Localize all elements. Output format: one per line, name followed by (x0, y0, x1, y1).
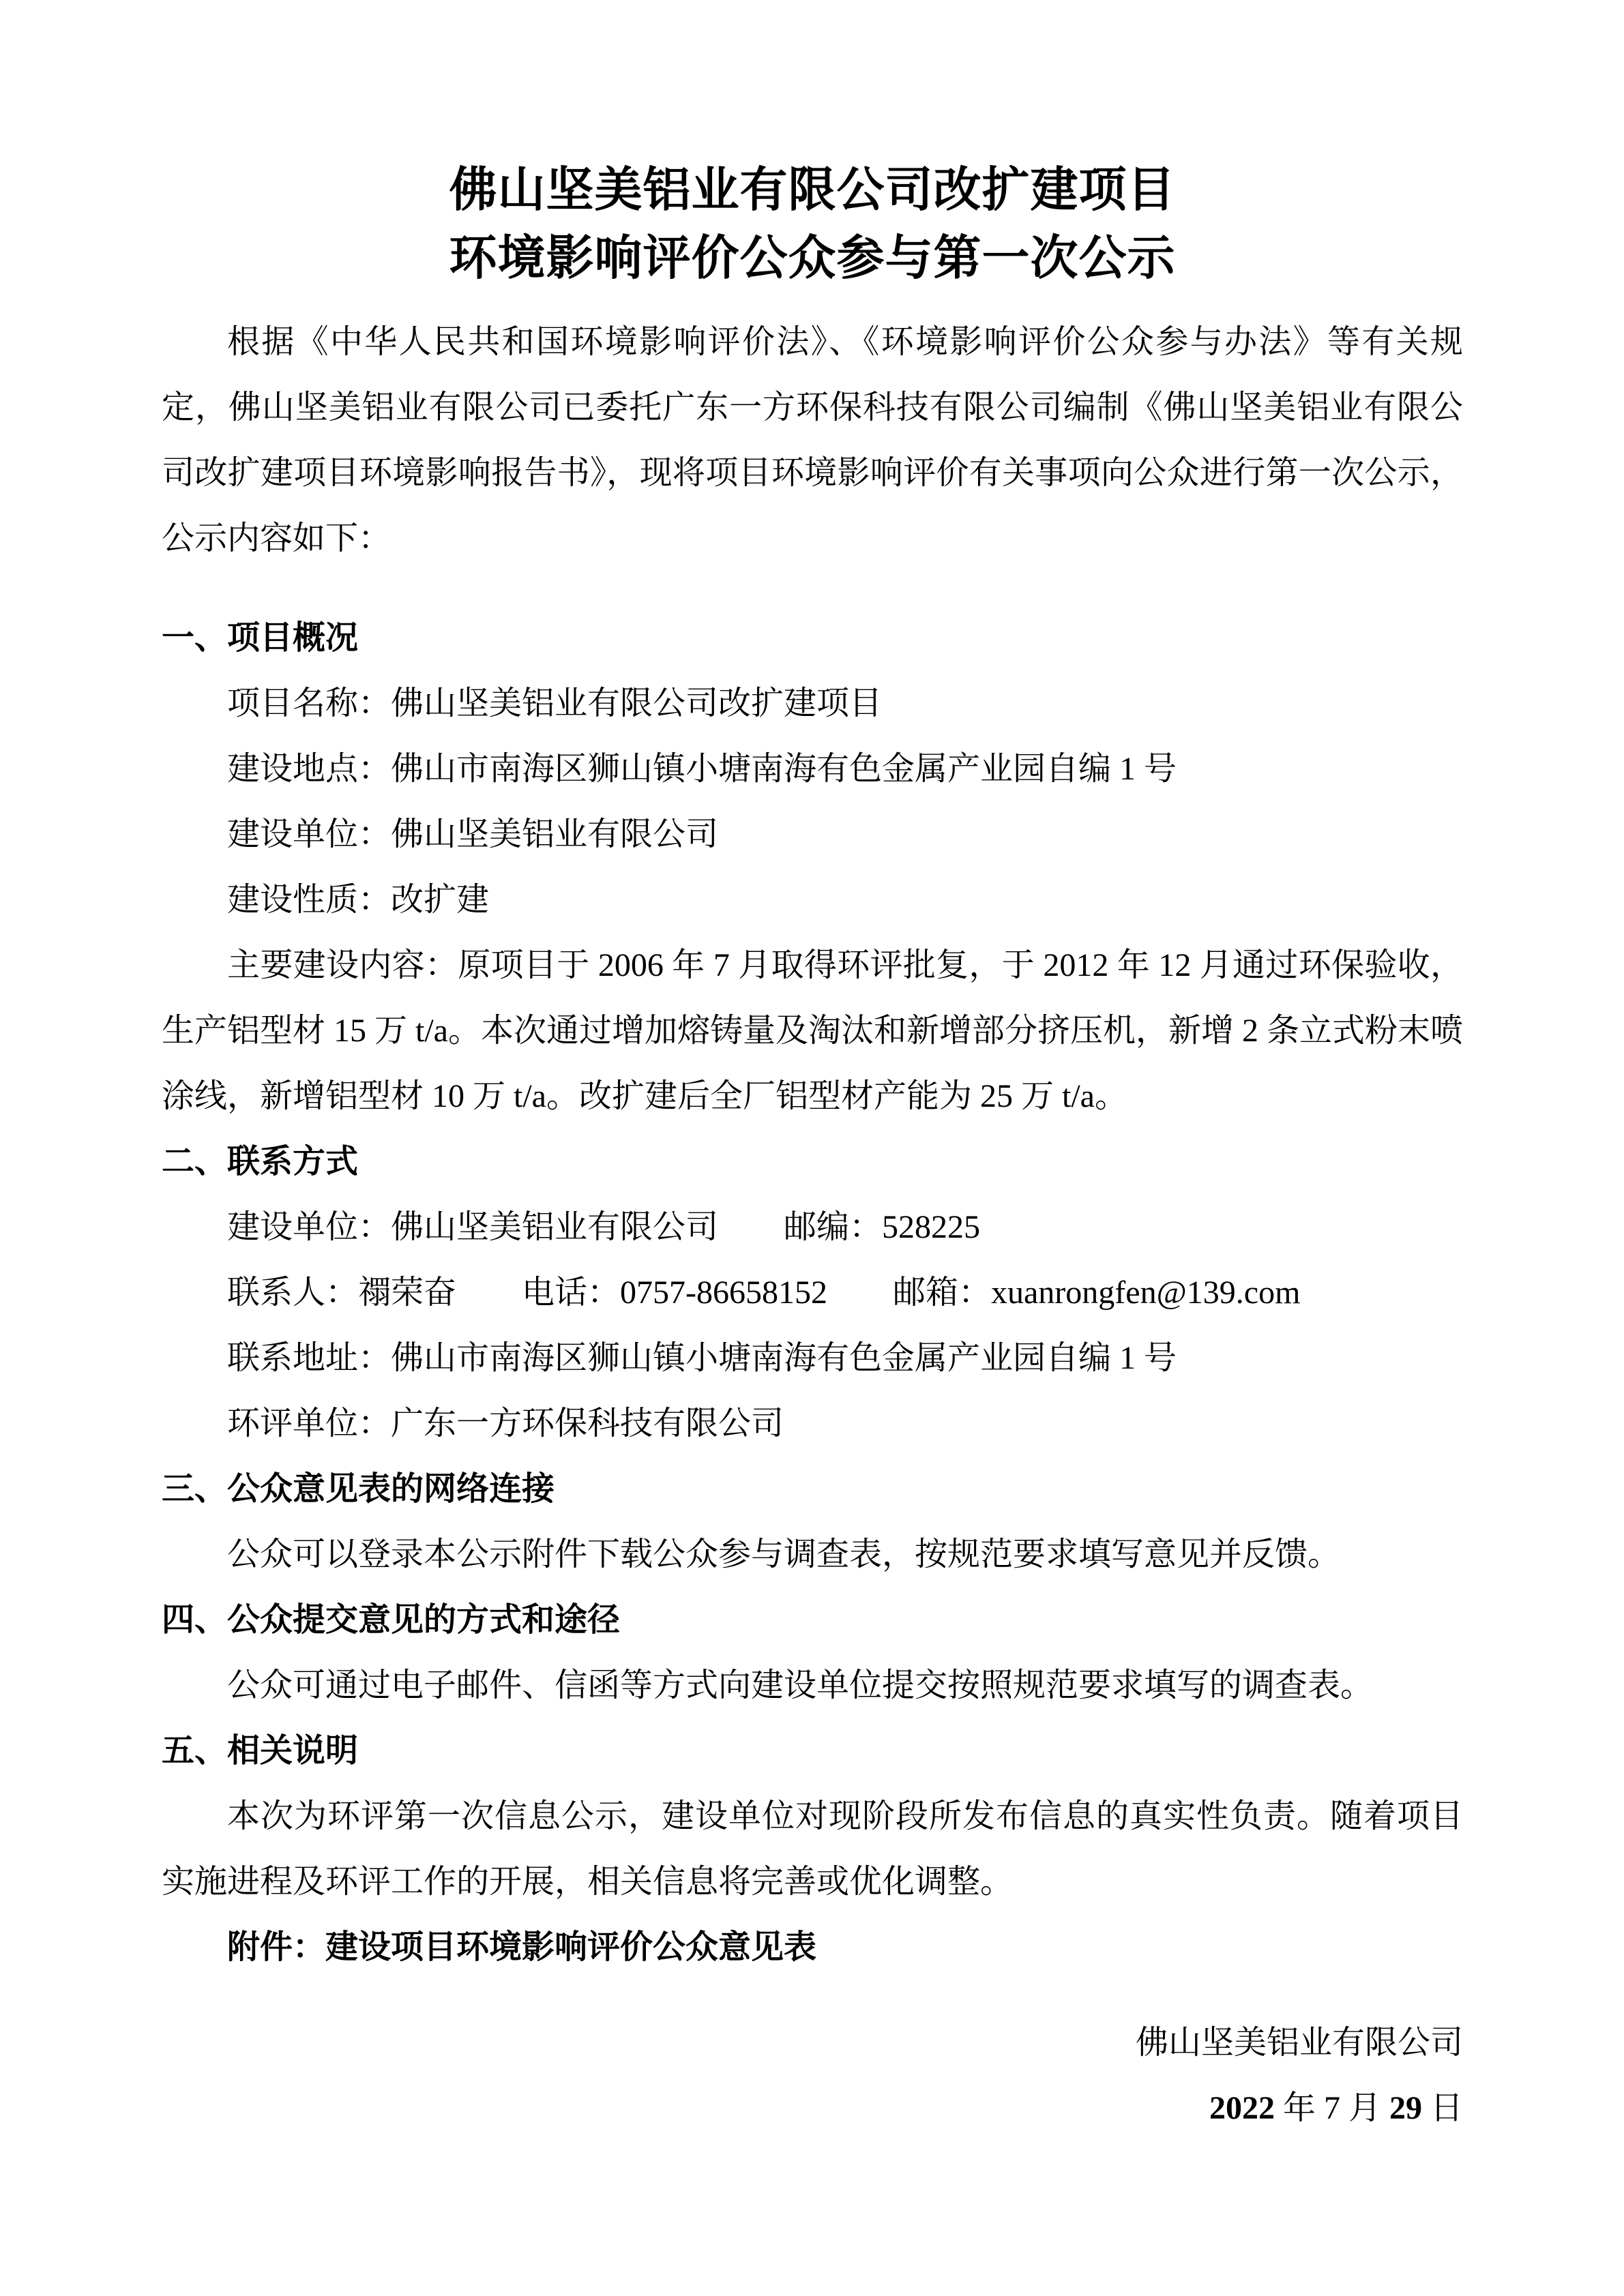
main-construction-content-paragraph: 主要建设内容：原项目于 2006 年 7 月取得环评批复，于 2012 年 12… (162, 933, 1463, 1129)
page-title-line2: 环境影响评价公众参与第一次公示 (162, 225, 1463, 293)
signature-date-month-unit: 月 (1340, 2090, 1389, 2126)
signature-date-day: 29 (1389, 2090, 1422, 2126)
section-1-heading: 一、项目概况 (162, 606, 1463, 671)
contact-address-line: 联系地址：佛山市南海区狮山镇小塘南海有色金属产业园自编 1 号 (162, 1326, 1463, 1391)
page-title: 佛山坚美铝业有限公司改扩建项目 环境影响评价公众参与第一次公示 (162, 157, 1463, 293)
project-name-line: 项目名称：佛山坚美铝业有限公司改扩建项目 (162, 671, 1463, 736)
construction-site-line: 建设地点：佛山市南海区狮山镇小塘南海有色金属产业园自编 1 号 (162, 736, 1463, 802)
attachment-line: 附件：建设项目环境影响评价公众意见表 (162, 1915, 1463, 1980)
signature-company: 佛山坚美铝业有限公司 (162, 2010, 1463, 2076)
page-title-line1: 佛山坚美铝业有限公司改扩建项目 (162, 157, 1463, 225)
signature-block: 佛山坚美铝业有限公司 2022 年 7 月 29 日 (162, 2010, 1463, 2141)
contact-person-phone-email-line: 联系人：禤荣奋 电话：0757-86658152 邮箱：xuanrongfen@… (162, 1260, 1463, 1326)
section-5-paragraph: 本次为环评第一次信息公示，建设单位对现阶段所发布信息的真实性负责。随着项目实施进… (162, 1784, 1463, 1915)
construction-nature-line: 建设性质：改扩建 (162, 867, 1463, 933)
document-page: 佛山坚美铝业有限公司改扩建项目 环境影响评价公众参与第一次公示 根据《中华人民共… (0, 0, 1624, 2296)
signature-date: 2022 年 7 月 29 日 (162, 2076, 1463, 2141)
section-3-heading: 三、公众意见表的网络连接 (162, 1457, 1463, 1522)
signature-date-day-unit: 日 (1422, 2090, 1463, 2126)
construction-unit-line: 建设单位：佛山坚美铝业有限公司 (162, 802, 1463, 867)
document-content: 佛山坚美铝业有限公司改扩建项目 环境影响评价公众参与第一次公示 根据《中华人民共… (162, 157, 1463, 2141)
section-4-paragraph: 公众可通过电子邮件、信函等方式向建设单位提交按照规范要求填写的调查表。 (162, 1653, 1463, 1718)
section-2-heading: 二、联系方式 (162, 1129, 1463, 1195)
eia-unit-line: 环评单位：广东一方环保科技有限公司 (162, 1391, 1463, 1457)
section-4-heading: 四、公众提交意见的方式和途径 (162, 1587, 1463, 1653)
signature-date-month: 7 (1324, 2090, 1340, 2126)
contact-unit-postcode-line: 建设单位：佛山坚美铝业有限公司 邮编：528225 (162, 1195, 1463, 1260)
section-3-paragraph: 公众可以登录本公示附件下载公众参与调查表，按规范要求填写意见并反馈。 (162, 1522, 1463, 1587)
section-5-heading: 五、相关说明 (162, 1718, 1463, 1784)
signature-date-year-unit: 年 (1275, 2090, 1324, 2126)
intro-paragraph: 根据《中华人民共和国环境影响评价法》、《环境影响评价公众参与办法》等有关规定，佛… (162, 310, 1463, 571)
signature-date-year: 2022 (1209, 2090, 1275, 2126)
